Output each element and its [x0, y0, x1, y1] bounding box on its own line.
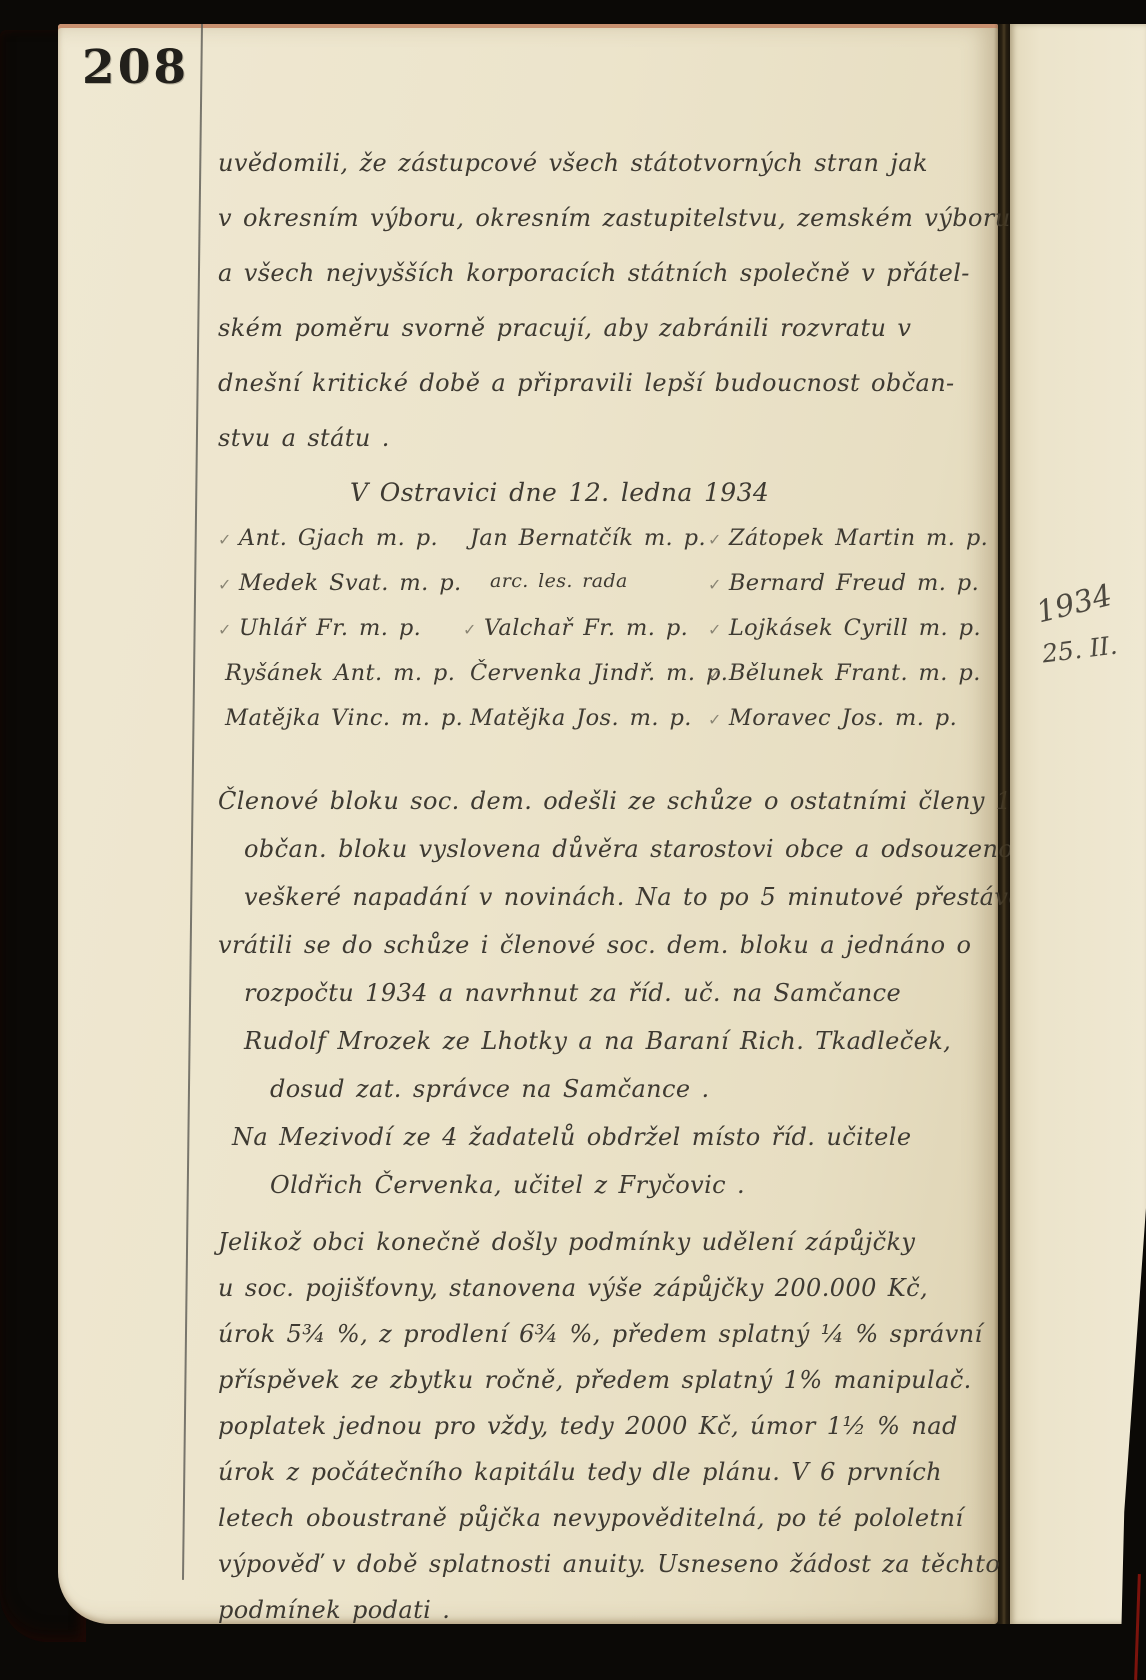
paragraph-1: uvědomili, že zástupcové všech státotvor…: [218, 136, 976, 466]
manuscript-line: letech oboustraně půjčka nevypověditelná…: [218, 1495, 976, 1541]
signature-cell: ✓Lojkásek Cyrill m. p.: [708, 606, 963, 651]
manuscript-line: uvědomili, že zástupcové všech státotvor…: [218, 136, 976, 191]
manuscript-line: výpověď v době splatnosti anuity. Usnese…: [218, 1541, 976, 1587]
signature-text: Ant. Gjach m. p.: [239, 525, 438, 551]
manuscript-line: dnešní kritické době a připravili lepší …: [218, 356, 976, 411]
manuscript-line: příspěvek ze zbytku ročně, předem splatn…: [218, 1357, 976, 1403]
book-page: 208 uvědomili, že zástupcové všech státo…: [58, 24, 998, 1624]
signature-text: Bělunek Frant. m. p.: [729, 660, 981, 686]
signature-cell: Červenka Jindř. m. p.: [463, 651, 708, 696]
check-mark: ✓: [708, 710, 722, 729]
margin-rule-line: [182, 24, 203, 1580]
manuscript-line: stvu a státu .: [218, 411, 976, 466]
manuscript-line: poplatek jednou pro vždy, tedy 2000 Kč, …: [218, 1403, 976, 1449]
manuscript-line: Členové bloku soc. dem. odešli ze schůze…: [218, 777, 976, 825]
check-mark: ✓: [708, 665, 722, 684]
manuscript-line: v okresním výboru, okresním zastupitelst…: [218, 191, 976, 246]
margin-note: 1934 25. II.: [1036, 586, 1117, 665]
signature-cell: Matějka Vinc. m. p.: [218, 696, 463, 741]
check-mark: ✓: [218, 620, 232, 639]
chronicle-book-photo: 208 uvědomili, že zástupcové všech státo…: [0, 0, 1146, 1680]
signature-text: Ryšánek Ant. m. p.: [225, 660, 455, 686]
signature-text: Zátopek Martin m. p.: [729, 525, 988, 551]
paragraph-3: Jelikož obci konečně došly podmínky uděl…: [218, 1219, 976, 1633]
manuscript-line: úrok 5¾ %, z prodlení 6¾ %, předem splat…: [218, 1311, 976, 1357]
signature-text: Bernard Freud m. p.: [729, 570, 979, 596]
signature-cell: Jan Bernatčík m. p.: [463, 516, 708, 561]
check-mark: ✓: [218, 575, 232, 594]
check-mark: ✓: [218, 530, 232, 549]
manuscript-line: podmínek podati .: [218, 1587, 976, 1633]
red-edge-line: [1134, 1574, 1141, 1680]
signature-cell: Ryšánek Ant. m. p.: [218, 651, 463, 696]
signature-cell: ✓Zátopek Martin m. p.: [708, 516, 963, 561]
manuscript-line: Na Mezivodí ze 4 žadatelů obdržel místo …: [218, 1113, 976, 1161]
signature-cell: ✓Bělunek Frant. m. p.: [708, 651, 963, 696]
manuscript-line: občan. bloku vyslovena důvěra starostovi…: [218, 825, 976, 873]
manuscript-line: veškeré napadání v novinách. Na to po 5 …: [218, 873, 976, 921]
signature-text: Matějka Vinc. m. p.: [225, 705, 463, 731]
check-mark: ✓: [708, 530, 722, 549]
margin-note-date: 25. II.: [1040, 631, 1119, 670]
signature-text: Medek Svat. m. p.: [239, 570, 462, 596]
signature-cell: ✓Uhlář Fr. m. p.: [218, 606, 463, 651]
manuscript-text: uvědomili, že zástupcové všech státotvor…: [218, 136, 976, 1633]
manuscript-line: a všech nejvyšších korporacích státních …: [218, 246, 976, 301]
check-mark: ✓: [708, 620, 722, 639]
paragraph-2: Členové bloku soc. dem. odešli ze schůze…: [218, 777, 976, 1209]
signature-text: Lojkásek Cyrill m. p.: [729, 615, 981, 641]
signature-cell: ✓Bernard Freud m. p.: [708, 561, 963, 606]
signature-cell: ✓Valchař Fr. m. p.: [463, 606, 708, 651]
check-mark: ✓: [708, 575, 722, 594]
check-mark: ✓: [463, 620, 477, 639]
manuscript-line: vrátili se do schůze i členové soc. dem.…: [218, 921, 976, 969]
signature-text: Jan Bernatčík m. p.: [470, 525, 706, 551]
margin-note-year: 1934: [1033, 577, 1120, 631]
signature-cell: Matějka Jos. m. p.: [463, 696, 708, 741]
signature-text: Matějka Jos. m. p.: [470, 705, 692, 731]
manuscript-line: úrok z počátečního kapitálu tedy dle plá…: [218, 1449, 976, 1495]
signature-text: Uhlář Fr. m. p.: [239, 615, 421, 641]
page-number: 208: [82, 40, 189, 95]
manuscript-line: u soc. pojišťovny, stanovena výše zápůjč…: [218, 1265, 976, 1311]
manuscript-line: Oldřich Červenka, učitel z Fryčovic .: [218, 1161, 976, 1209]
dateline: V Ostravici dne 12. ledna 1934: [350, 472, 976, 514]
signature-block: ✓Ant. Gjach m. p. Jan Bernatčík m. p. ✓Z…: [218, 516, 976, 741]
manuscript-line: Rudolf Mrozek ze Lhotky a na Baraní Rich…: [218, 1017, 976, 1065]
signature-cell: ✓Moravec Jos. m. p.: [708, 696, 963, 741]
signature-text: Valchař Fr. m. p.: [484, 615, 688, 641]
manuscript-line: Jelikož obci konečně došly podmínky uděl…: [218, 1219, 976, 1265]
facing-page-sliver: 1934 25. II.: [1010, 24, 1146, 1624]
signature-text: arc. les. rada: [490, 570, 628, 592]
manuscript-line: dosud zat. správce na Samčance .: [218, 1065, 976, 1113]
manuscript-line: rozpočtu 1934 a navrhnut za říd. uč. na …: [218, 969, 976, 1017]
signature-text: Červenka Jindř. m. p.: [470, 660, 728, 686]
signature-cell: ✓Medek Svat. m. p.: [218, 561, 463, 606]
signature-text: Moravec Jos. m. p.: [729, 705, 957, 731]
signature-cell: ✓Ant. Gjach m. p.: [218, 516, 463, 561]
signature-cell: arc. les. rada: [463, 561, 708, 606]
manuscript-line: ském poměru svorně pracují, aby zabránil…: [218, 301, 976, 356]
